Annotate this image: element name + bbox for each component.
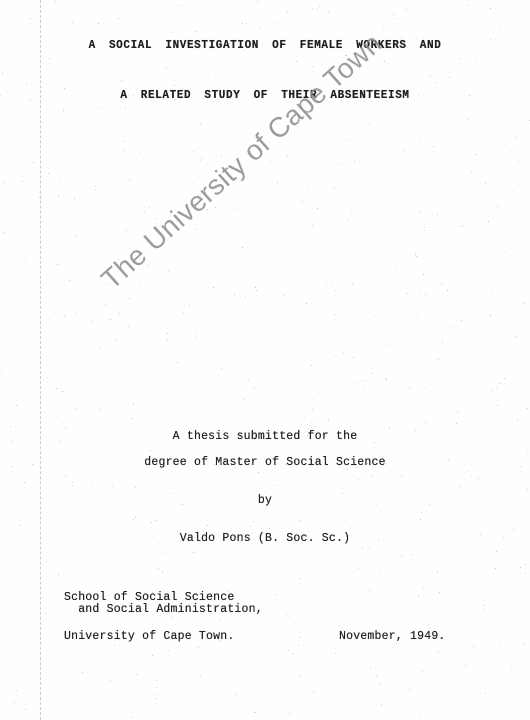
thesis-title-line-1: A SOCIAL INVESTIGATION OF FEMALE WORKERS…	[0, 40, 530, 53]
school-line-2: and Social Administration,	[64, 604, 263, 616]
thesis-title-line-2: A RELATED STUDY OF THEIR ABSENTEEISM	[0, 90, 530, 103]
submission-line-1: A thesis submitted for the	[0, 430, 530, 443]
submission-date: November, 1949.	[339, 630, 446, 643]
by-label: by	[0, 494, 530, 507]
thesis-title-page: A SOCIAL INVESTIGATION OF FEMALE WORKERS…	[0, 0, 530, 720]
university-name: University of Cape Town.	[64, 630, 234, 643]
submission-line-2: degree of Master of Social Science	[0, 456, 530, 469]
author-name: Valdo Pons (B. Soc. Sc.)	[0, 532, 530, 545]
scan-binding-line	[40, 0, 41, 720]
